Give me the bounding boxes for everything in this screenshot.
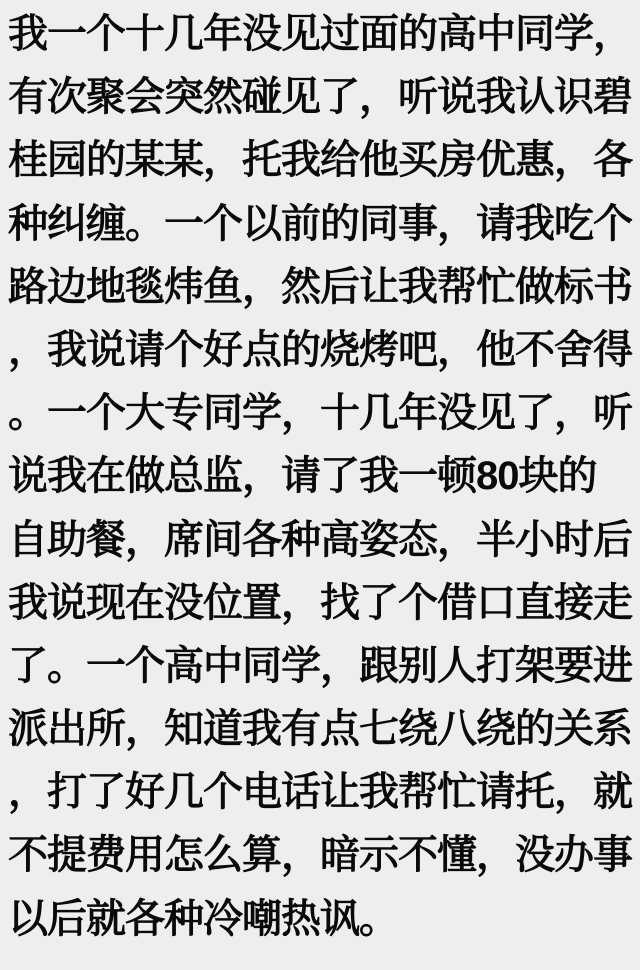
text-line: ，打了好几个电话让我帮忙请托，就 <box>8 761 636 824</box>
text-line: 了。一个高中同学，跟别人打架要进 <box>8 635 636 698</box>
text-line: 我一个十几年没见过面的高中同学， <box>8 3 636 66</box>
text-line: 有次聚会突然碰见了，听说我认识碧 <box>8 66 636 129</box>
text-line: 我说现在没位置，找了个借口直接走 <box>8 572 636 635</box>
text-line: 不提费用怎么算，暗示不懂，没办事 <box>8 824 636 887</box>
text-line: ，我说请个好点的烧烤吧，他不舍得 <box>8 319 636 382</box>
text-line: 自助餐，席间各种高姿态，半小时后 <box>8 509 636 572</box>
text-line: 说我在做总监，请了我一顿80块的 <box>8 445 636 508</box>
text-line: 桂园的某某，托我给他买房优惠，各 <box>8 129 636 192</box>
text-line: 。一个大专同学，十几年没见了，听 <box>8 382 636 445</box>
text-line: 路边地毯炜鱼，然后让我帮忙做标书 <box>8 256 636 319</box>
story-text-block: 我一个十几年没见过面的高中同学， 有次聚会突然碰见了，听说我认识碧 桂园的某某，… <box>0 0 640 970</box>
text-line: 以后就各种冷嘲热讽。 <box>8 888 636 951</box>
text-line: 种纠缠。一个以前的同事，请我吃个 <box>8 193 636 256</box>
text-line: 派出所，知道我有点七绕八绕的关系 <box>8 698 636 761</box>
